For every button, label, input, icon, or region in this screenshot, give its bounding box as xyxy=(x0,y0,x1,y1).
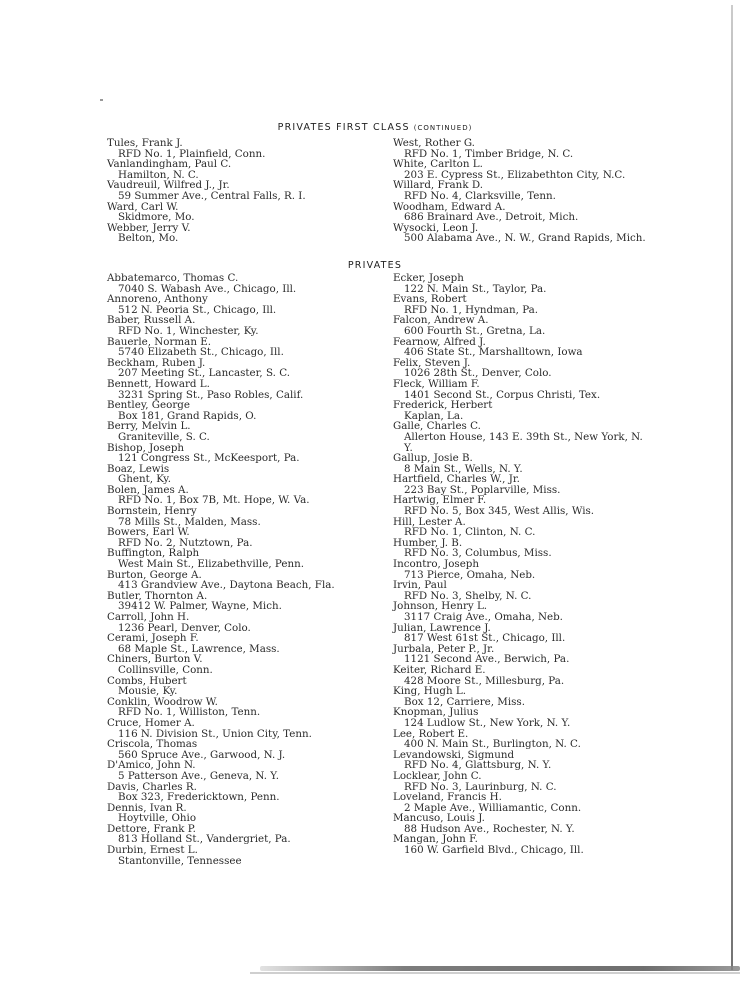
roster-entry: Mangan, John F.160 W. Garfield Blvd., Ch… xyxy=(393,834,649,855)
roster-entry: Johnson, Henry L.3117 Craig Ave., Omaha,… xyxy=(393,601,649,622)
privates-heading: PRIVATES xyxy=(0,260,750,271)
roster-entry: Cerami, Joseph F.68 Maple St., Lawrence,… xyxy=(107,633,335,654)
roster-entry: Keiter, Richard E.428 Moore St., Millesb… xyxy=(393,665,649,686)
entry-address: RFD No. 4, Clarksville, Tenn. xyxy=(393,191,649,202)
entry-address: 600 Fourth St., Gretna, La. xyxy=(393,326,649,337)
entry-address: Graniteville, S. C. xyxy=(107,432,335,443)
roster-entry: Carroll, John H.1236 Pearl, Denver, Colo… xyxy=(107,612,335,633)
roster-entry: Abbatemarco, Thomas C.7040 S. Wabash Ave… xyxy=(107,273,335,294)
roster-entry: Berry, Melvin L.Graniteville, S. C. xyxy=(107,421,335,442)
entry-address: Collinsville, Conn. xyxy=(107,665,335,676)
entry-name: Fleck, William F. xyxy=(393,379,649,390)
roster-entry: King, Hugh L.Box 12, Carriere, Miss. xyxy=(393,686,649,707)
roster-entry: Willard, Frank D.RFD No. 4, Clarksville,… xyxy=(393,180,649,201)
roster-entry: Ward, Carl W.Skidmore, Mo. xyxy=(107,202,306,223)
roster-entry: Conklin, Woodrow W.RFD No. 1, Williston,… xyxy=(107,697,335,718)
roster-entry: Gallup, Josie B.8 Main St., Wells, N. Y. xyxy=(393,453,649,474)
roster-entry: Ecker, Joseph122 N. Main St., Taylor, Pa… xyxy=(393,273,649,294)
entry-name: West, Rother G. xyxy=(393,138,649,149)
roster-entry: Levandowski, SigmundRFD No. 4, Glattsbur… xyxy=(393,750,649,771)
entry-name: Bennett, Howard L. xyxy=(107,379,335,390)
roster-entry: Bowers, Earl W.RFD No. 2, Nutztown, Pa. xyxy=(107,527,335,548)
entry-name: Ecker, Joseph xyxy=(393,273,649,284)
roster-entry: Bishop, Joseph121 Congress St., McKeespo… xyxy=(107,443,335,464)
roster-entry: Falcon, Andrew A.600 Fourth St., Gretna,… xyxy=(393,315,649,336)
roster-entry: Criscola, Thomas560 Spruce Ave., Garwood… xyxy=(107,739,335,760)
entry-address: Allerton House, 143 E. 39th St., New Yor… xyxy=(393,432,649,453)
entry-address: 160 W. Garfield Blvd., Chicago, Ill. xyxy=(393,845,649,856)
pfc-right-column: West, Rother G.RFD No. 1, Timber Bridge,… xyxy=(393,138,649,244)
roster-entry: Boaz, LewisGhent, Ky. xyxy=(107,464,335,485)
entry-address: Belton, Mo. xyxy=(107,233,306,244)
page-edge-bottom-shadow xyxy=(250,972,740,974)
entry-name: Abbatemarco, Thomas C. xyxy=(107,273,335,284)
page-edge-right xyxy=(731,5,733,970)
roster-entry: Locklear, John C.RFD No. 3, Laurinburg, … xyxy=(393,771,649,792)
roster-entry: Jurbala, Peter P., Jr.1121 Second Ave., … xyxy=(393,644,649,665)
roster-entry: Knopman, Julius124 Ludlow St., New York,… xyxy=(393,707,649,728)
scan-mark xyxy=(100,99,103,101)
roster-entry: Hartwig, Elmer F.RFD No. 5, Box 345, Wes… xyxy=(393,495,649,516)
roster-entry: Irvin, PaulRFD No. 3, Shelby, N. C. xyxy=(393,580,649,601)
entry-address: Stantonville, Tennessee xyxy=(107,856,335,867)
roster-entry: Loveland, Francis H.2 Maple Ave., Willia… xyxy=(393,792,649,813)
roster-entry: Hill, Lester A.RFD No. 1, Clinton, N. C. xyxy=(393,517,649,538)
roster-entry: Lee, Robert E.400 N. Main St., Burlingto… xyxy=(393,729,649,750)
roster-entry: Incontro, Joseph713 Pierce, Omaha, Neb. xyxy=(393,559,649,580)
page-edge-bottom xyxy=(260,966,740,971)
entry-name: Locklear, John C. xyxy=(393,771,649,782)
roster-entry: Woodham, Edward A.686 Brainard Ave., Det… xyxy=(393,202,649,223)
roster-entry: West, Rother G.RFD No. 1, Timber Bridge,… xyxy=(393,138,649,159)
roster-entry: Felix, Steven J.1026 28th St., Denver, C… xyxy=(393,358,649,379)
pfc-heading: PRIVATES FIRST CLASS(CONTINUED) xyxy=(0,122,750,133)
roster-entry: Beckham, Ruben J.207 Meeting St., Lancas… xyxy=(107,358,335,379)
roster-entry: Frederick, HerbertKaplan, La. xyxy=(393,400,649,421)
roster-entry: Cruce, Homer A.116 N. Division St., Unio… xyxy=(107,718,335,739)
entry-address: 500 Alabama Ave., N. W., Grand Rapids, M… xyxy=(393,233,649,244)
entry-name: Keiter, Richard E. xyxy=(393,665,649,676)
roster-entry: Vaudreuil, Wilfred J., Jr.59 Summer Ave.… xyxy=(107,180,306,201)
roster-entry: Dettore, Frank P.813 Holland St., Vander… xyxy=(107,824,335,845)
roster-entry: Wysocki, Leon J.500 Alabama Ave., N. W.,… xyxy=(393,223,649,244)
entry-name: Tules, Frank J. xyxy=(107,138,306,149)
privates-heading-title: PRIVATES xyxy=(348,260,402,271)
roster-entry: Julian, Lawrence J.817 West 61st St., Ch… xyxy=(393,623,649,644)
roster-entry: Butler, Thornton A.39412 W. Palmer, Wayn… xyxy=(107,591,335,612)
pfc-heading-title: PRIVATES FIRST CLASS xyxy=(278,122,410,133)
roster-entry: Vanlandingham, Paul C.Hamilton, N. C. xyxy=(107,159,306,180)
roster-entry: Webber, Jerry V.Belton, Mo. xyxy=(107,223,306,244)
roster-entry: Mancuso, Louis J.88 Hudson Ave., Rochest… xyxy=(393,813,649,834)
roster-entry: Chiners, Burton V.Collinsville, Conn. xyxy=(107,654,335,675)
roster-entry: Evans, RobertRFD No. 1, Hyndman, Pa. xyxy=(393,294,649,315)
roster-entry: Combs, HubertMousie, Ky. xyxy=(107,676,335,697)
entry-address: 124 Ludlow St., New York, N. Y. xyxy=(393,718,649,729)
roster-entry: Bentley, GeorgeBox 181, Grand Rapids, O. xyxy=(107,400,335,421)
roster-entry: Buffington, RalphWest Main St., Elizabet… xyxy=(107,548,335,569)
roster-entry: Galle, Charles C.Allerton House, 143 E. … xyxy=(393,421,649,453)
roster-entry: Baber, Russell A.RFD No. 1, Winchester, … xyxy=(107,315,335,336)
roster-entry: Hartfield, Charles W., Jr.223 Bay St., P… xyxy=(393,474,649,495)
pfc-heading-sub: (CONTINUED) xyxy=(414,124,473,132)
roster-entry: Durbin, Ernest L.Stantonville, Tennessee xyxy=(107,845,335,866)
roster-entry: Davis, Charles R.Box 323, Fredericktown,… xyxy=(107,782,335,803)
roster-entry: Fleck, William F.1401 Second St., Corpus… xyxy=(393,379,649,400)
entry-address: 3117 Craig Ave., Omaha, Neb. xyxy=(393,612,649,623)
entry-name: Cruce, Homer A. xyxy=(107,718,335,729)
roster-entry: Bauerle, Norman E.5740 Elizabeth St., Ch… xyxy=(107,337,335,358)
entry-address: 59 Summer Ave., Central Falls, R. I. xyxy=(107,191,306,202)
roster-entry: Bolen, James A.RFD No. 1, Box 7B, Mt. Ho… xyxy=(107,485,335,506)
roster-entry: Burton, George A.413 Grandview Ave., Day… xyxy=(107,570,335,591)
roster-entry: Tules, Frank J.RFD No. 1, Plainfield, Co… xyxy=(107,138,306,159)
roster-entry: Bennett, Howard L.3231 Spring St., Paso … xyxy=(107,379,335,400)
privates-left-column: Abbatemarco, Thomas C.7040 S. Wabash Ave… xyxy=(107,273,335,866)
entry-name: Carroll, John H. xyxy=(107,612,335,623)
roster-entry: Fearnow, Alfred J.406 State St., Marshal… xyxy=(393,337,649,358)
privates-right-column: Ecker, Joseph122 N. Main St., Taylor, Pa… xyxy=(393,273,649,856)
roster-entry: Annoreno, Anthony512 N. Peoria St., Chic… xyxy=(107,294,335,315)
entry-address: 5 Patterson Ave., Geneva, N. Y. xyxy=(107,771,335,782)
roster-entry: Humber, J. B.RFD No. 3, Columbus, Miss. xyxy=(393,538,649,559)
pfc-left-column: Tules, Frank J.RFD No. 1, Plainfield, Co… xyxy=(107,138,306,244)
roster-entry: White, Carlton L.203 E. Cypress St., Eli… xyxy=(393,159,649,180)
entry-address: RFD No. 1, Winchester, Ky. xyxy=(107,326,335,337)
roster-entry: Dennis, Ivan R.Hoytville, Ohio xyxy=(107,803,335,824)
roster-entry: Bornstein, Henry78 Mills St., Malden, Ma… xyxy=(107,506,335,527)
roster-entry: D'Amico, John N.5 Patterson Ave., Geneva… xyxy=(107,760,335,781)
